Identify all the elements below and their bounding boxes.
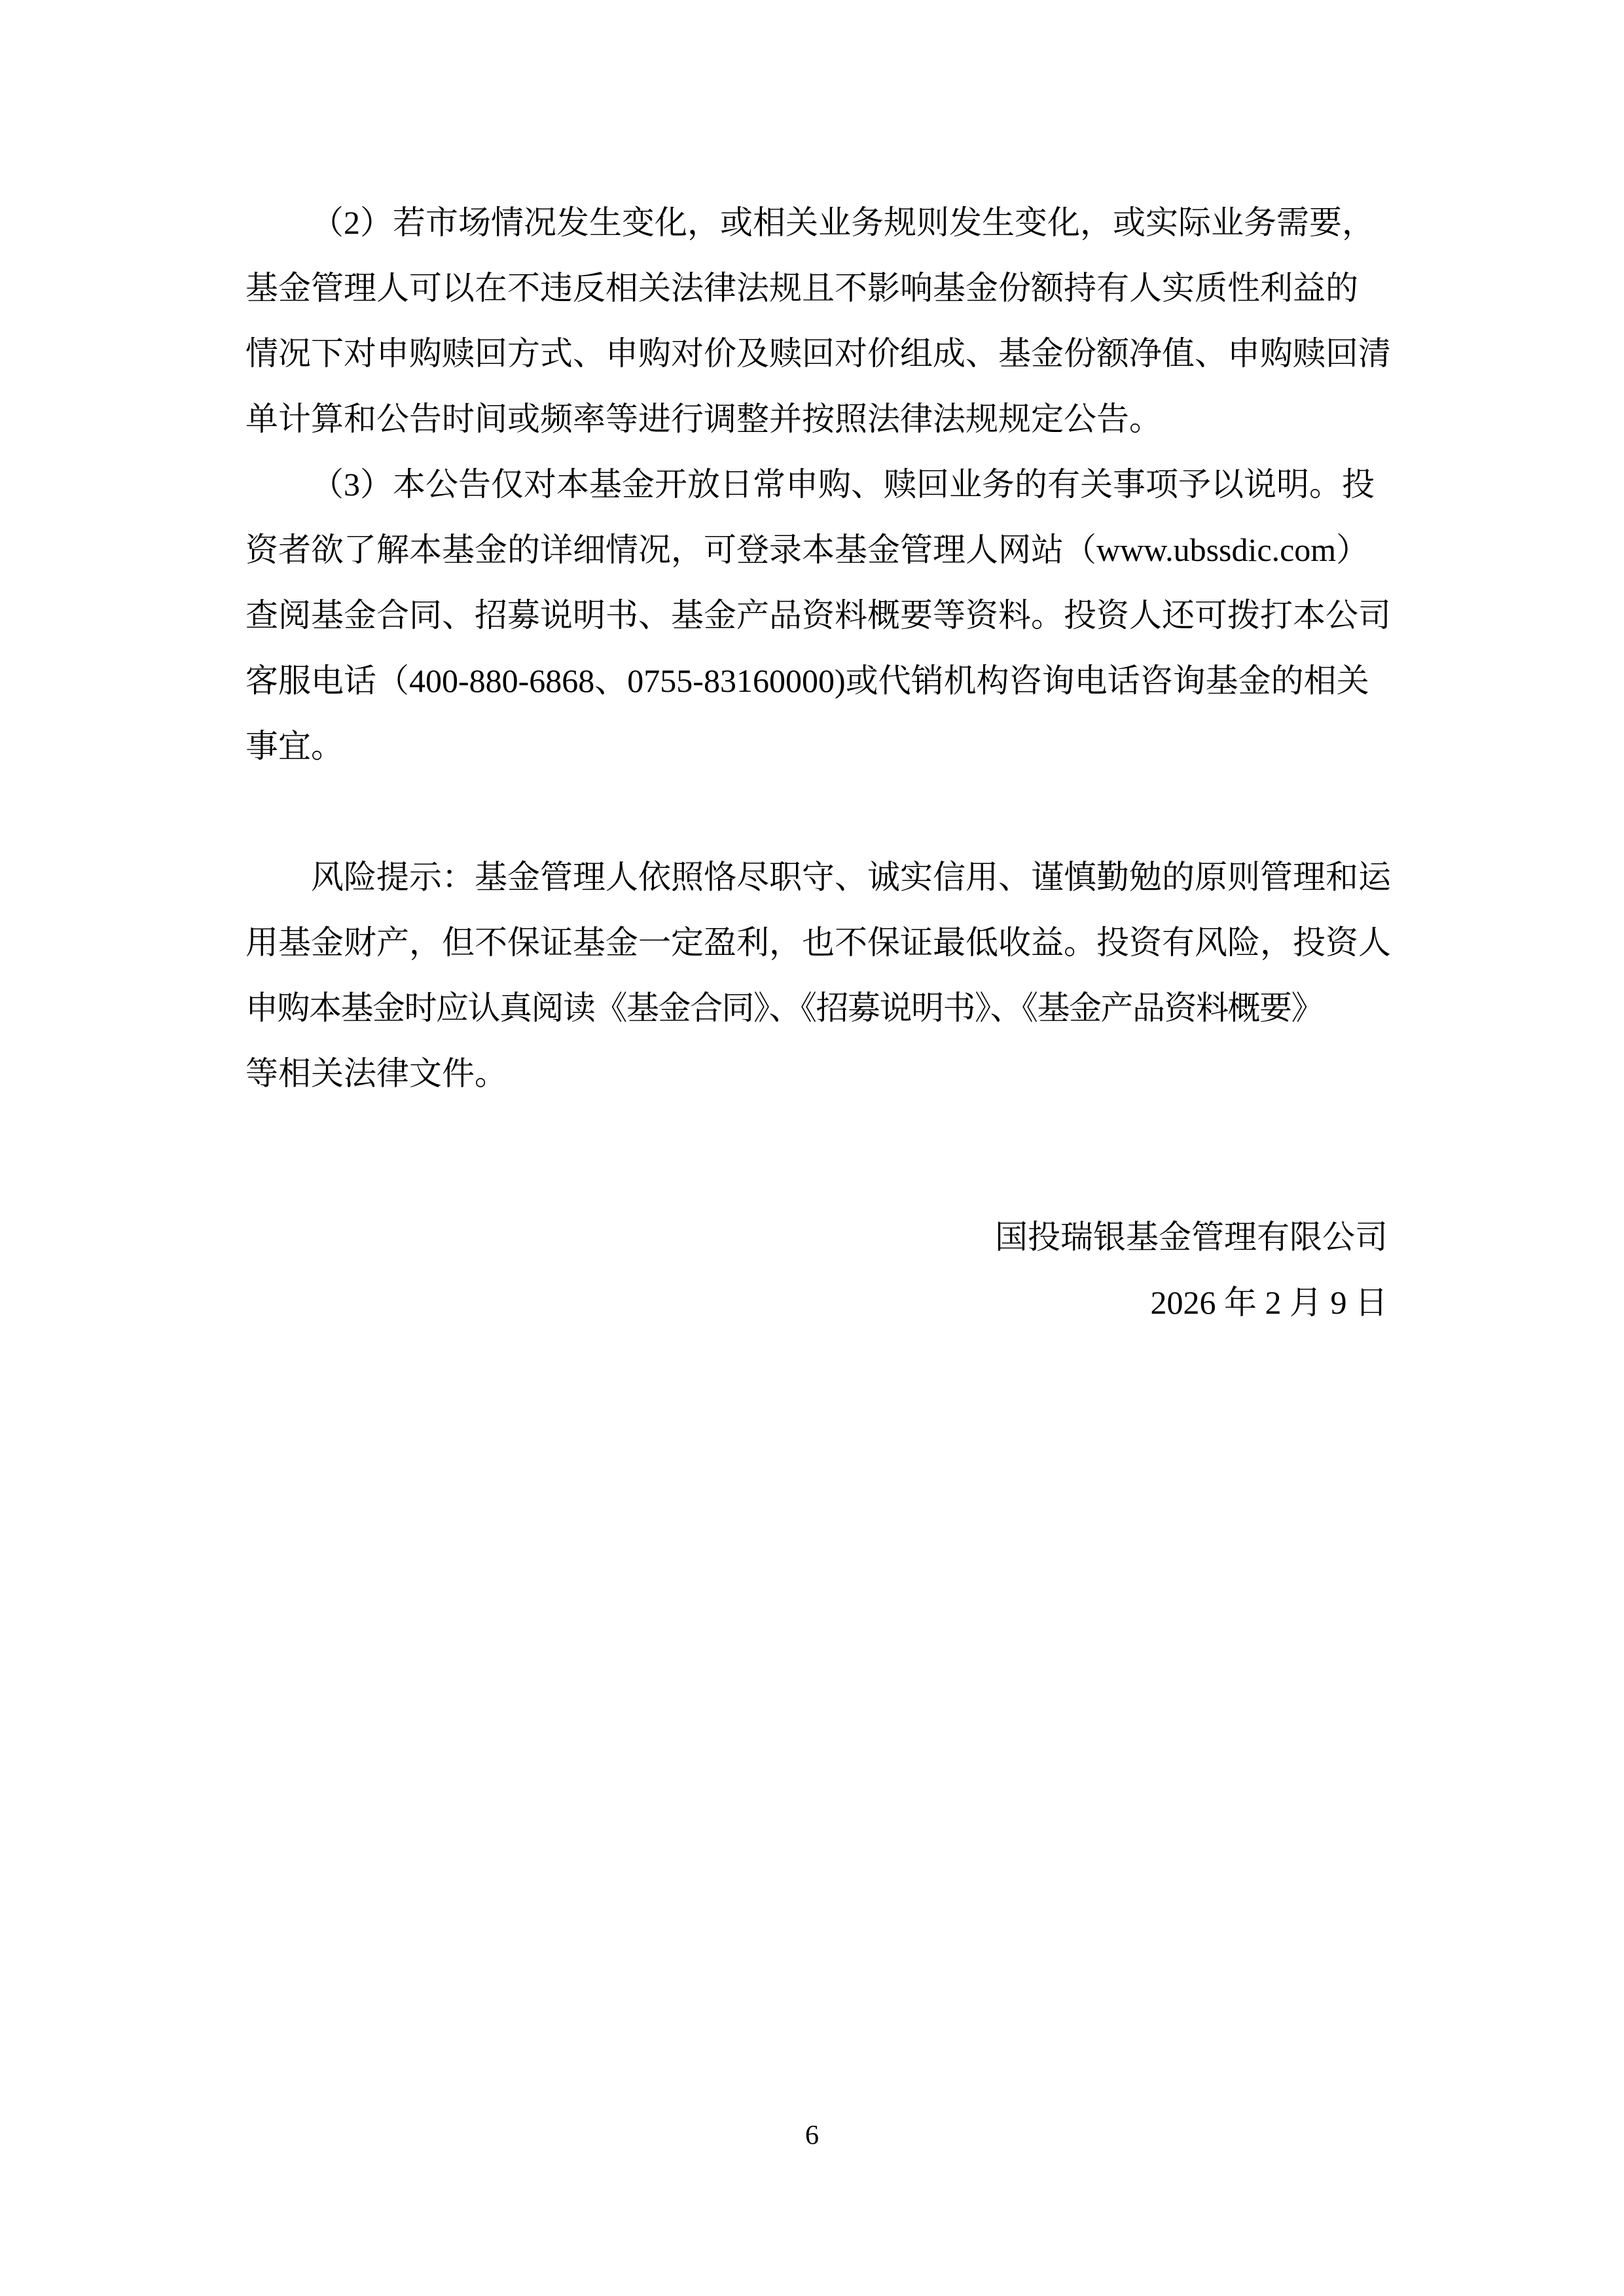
paragraph-line: （3）本公告仅对本基金开放日常申购、赎回业务的有关事项予以说明。投 — [245, 452, 1388, 517]
signature-block: 国投瑞银基金管理有限公司 2026 年 2 月 9 日 — [245, 1204, 1388, 1335]
company-name: 国投瑞银基金管理有限公司 — [245, 1204, 1388, 1270]
paragraph-announcement-scope: （3）本公告仅对本基金开放日常申购、赎回业务的有关事项予以说明。投 资者欲了解本… — [245, 452, 1388, 779]
paragraph-line: 风险提示：基金管理人依照恪尽职守、诚实信用、谨慎勤勉的原则管理和运 — [245, 844, 1388, 910]
signature-date: 2026 年 2 月 9 日 — [245, 1270, 1388, 1335]
paragraph-line: 资者欲了解本基金的详细情况，可登录本基金管理人网站（www.ubssdic.co… — [245, 517, 1388, 583]
paragraph-risk-warning: 风险提示：基金管理人依照恪尽职守、诚实信用、谨慎勤勉的原则管理和运 用基金财产，… — [245, 844, 1388, 1106]
paragraph-line: （2）若市场情况发生变化，或相关业务规则发生变化，或实际业务需要， — [245, 190, 1388, 255]
paragraph-line: 情况下对申购赎回方式、申购对价及赎回对价组成、基金份额净值、申购赎回清 — [245, 321, 1388, 386]
page-number: 6 — [0, 2119, 1624, 2152]
paragraph-line: 查阅基金合同、招募说明书、基金产品资料概要等资料。投资人还可拨打本公司 — [245, 583, 1388, 648]
paragraph-line: 单计算和公告时间或频率等进行调整并按照法律法规规定公告。 — [245, 386, 1388, 452]
paragraph-line: 等相关法律文件。 — [245, 1041, 1388, 1106]
paragraph-line: 客服电话（400-880-6868、0755-83160000)或代销机构咨询电… — [245, 648, 1388, 713]
paragraph-line: 事宜。 — [245, 713, 1388, 779]
paragraph-line: 基金管理人可以在不违反相关法律法规且不影响基金份额持有人实质性利益的 — [245, 255, 1388, 321]
document-body: （2）若市场情况发生变化，或相关业务规则发生变化，或实际业务需要， 基金管理人可… — [245, 0, 1388, 1335]
paragraph-line: 申购本基金时应认真阅读《基金合同》、《招募说明书》、《基金产品资料概要》 — [245, 975, 1388, 1041]
paragraph-line: 用基金财产，但不保证基金一定盈利，也不保证最低收益。投资有风险，投资人 — [245, 910, 1388, 975]
document-page: （2）若市场情况发生变化，或相关业务规则发生变化，或实际业务需要， 基金管理人可… — [0, 0, 1624, 2296]
paragraph-market-change: （2）若市场情况发生变化，或相关业务规则发生变化，或实际业务需要， 基金管理人可… — [245, 190, 1388, 452]
